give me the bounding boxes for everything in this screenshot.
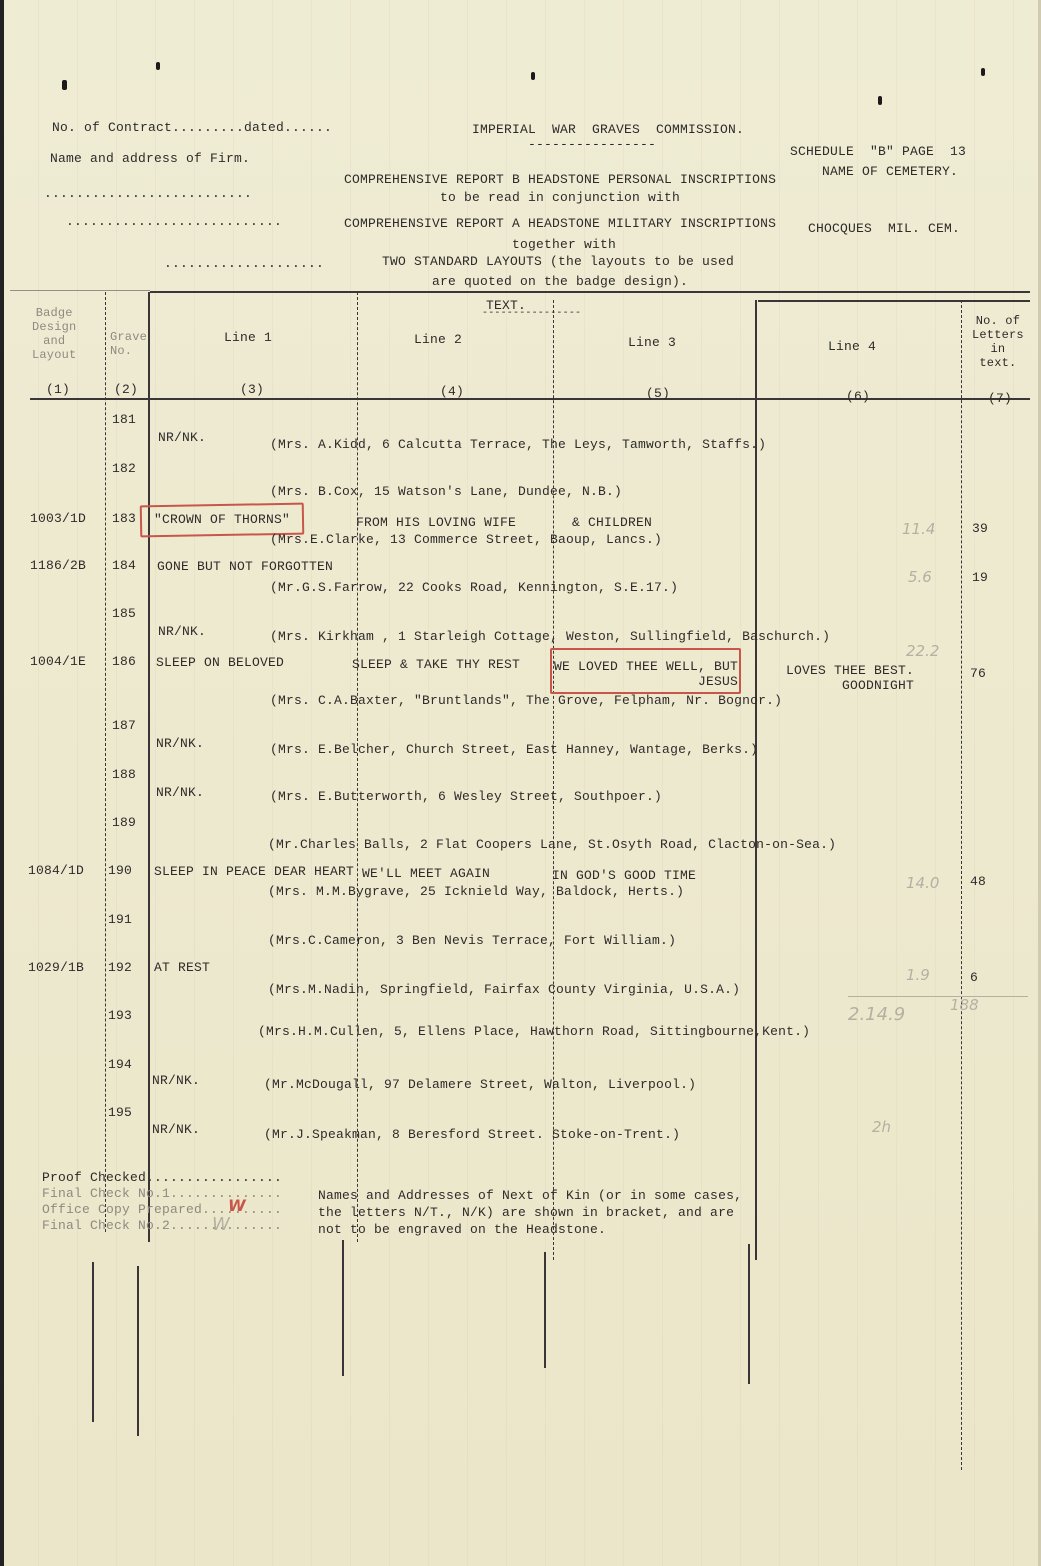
inscription-line1: SLEEP ON BELOVED [156, 655, 284, 670]
grave-number: 183 [112, 511, 136, 526]
punch-hole-mark [156, 62, 160, 70]
badge-design: 1029/1B [28, 960, 84, 975]
letter-count: 48 [970, 874, 986, 889]
pencil-total: 2.14.9 [848, 1004, 905, 1025]
letter-count: 6 [970, 970, 978, 985]
col-header-badge: Badge Design and Layout [32, 306, 76, 362]
inscription-line1: GONE BUT NOT FORGOTTEN [157, 559, 333, 574]
inscription-line1: NR/NK. [152, 1073, 200, 1088]
grave-number: 189 [112, 815, 136, 830]
inscription-line3: & CHILDREN [572, 515, 652, 530]
badge-design: 1084/1D [28, 863, 84, 878]
col-header-line3: Line 3 [628, 335, 676, 350]
red-initials-mark: W [228, 1196, 246, 1215]
grave-number: 192 [108, 960, 132, 975]
col-num-7: (7) [988, 391, 1012, 406]
inscription-line1: NR/NK. [152, 1122, 200, 1137]
pencil-note: 1.9 [906, 966, 930, 984]
punch-hole-mark [878, 96, 882, 105]
footnote-line-1: Names and Addresses of Next of Kin (or i… [318, 1188, 742, 1203]
firm-dots-2: ........................... [66, 214, 282, 229]
next-of-kin: (Mrs.C.Cameron, 3 Ben Nevis Terrace, For… [268, 933, 676, 948]
next-of-kin: (Mr.G.S.Farrow, 22 Cooks Road, Kenningto… [270, 580, 678, 595]
col-num-3: (3) [240, 382, 264, 397]
col-num-1: (1) [46, 382, 70, 397]
footnote-line-2: the letters N/T., N/K) are shown in brac… [318, 1205, 734, 1220]
col-num-5: (5) [646, 386, 670, 401]
org-title-underline: ---------------- [528, 137, 656, 152]
col-divider-3 [357, 292, 359, 1242]
col-num-2: (2) [114, 382, 138, 397]
header-bottom-rule [30, 398, 1030, 400]
grave-number: 193 [108, 1008, 132, 1023]
next-of-kin: (Mrs. C.A.Baxter, "Bruntlands", The Grov… [270, 693, 782, 708]
cemetery-name: CHOCQUES MIL. CEM. [808, 221, 960, 236]
inscription-line1: NR/NK. [156, 736, 204, 751]
contract-number-field: No. of Contract.........dated...... [52, 120, 332, 135]
col-header-letters: No. of Letters in text. [972, 314, 1024, 370]
layouts-text-2: are quoted on the badge design). [432, 274, 688, 289]
inscription-line3: IN GOD'S GOOD TIME [552, 868, 696, 883]
letter-count: 19 [972, 570, 988, 585]
next-of-kin: (Mr.Charles Balls, 2 Flat Coopers Lane, … [268, 837, 836, 852]
office-copy-field: Office Copy Prepared.......... [42, 1202, 282, 1217]
report-b-title: COMPREHENSIVE REPORT B HEADSTONE PERSONA… [344, 172, 776, 187]
inscription-line2: FROM HIS LOVING WIFE [356, 515, 516, 530]
continuation-line [137, 1266, 139, 1436]
layouts-text-1: TWO STANDARD LAYOUTS (the layouts to be … [382, 254, 734, 269]
grave-number: 187 [112, 718, 136, 733]
document-page: No. of Contract.........dated...... Name… [0, 0, 1041, 1566]
conjunction-text: to be read in conjunction with [440, 190, 680, 205]
col-header-line1: Line 1 [224, 330, 272, 345]
grave-number: 191 [108, 912, 132, 927]
grave-number: 188 [112, 767, 136, 782]
continuation-line [748, 1244, 750, 1384]
col-header-line4: Line 4 [828, 339, 876, 354]
grave-number: 186 [112, 654, 136, 669]
col-header-grave: Grave No. [110, 330, 147, 358]
pencil-note: 5.6 [908, 568, 932, 586]
col-header-line2: Line 2 [414, 332, 462, 347]
pencil-note: 14.0 [906, 874, 939, 892]
next-of-kin: (Mrs. A.Kidd, 6 Calcutta Terrace, The Le… [270, 437, 766, 452]
grave-number: 195 [108, 1105, 132, 1120]
cemetery-label: NAME OF CEMETERY. [822, 164, 958, 179]
firm-dots-3: .................... [164, 256, 324, 271]
continuation-line [544, 1252, 546, 1368]
letter-count: 76 [970, 666, 986, 681]
col-divider-2 [148, 292, 150, 1242]
pencil-hours-note: 2h [872, 1118, 891, 1136]
col-num-4: (4) [440, 384, 464, 399]
next-of-kin: (Mrs.E.Clarke, 13 Commerce Street, Baoup… [270, 532, 662, 547]
inscription-line2: WE'LL MEET AGAIN [362, 866, 490, 881]
final-check-1-field: Final Check No.1.............. [42, 1186, 282, 1201]
pencil-letter-total: 188 [950, 996, 979, 1014]
grave-number: 194 [108, 1057, 132, 1072]
firm-label: Name and address of Firm. [50, 151, 250, 166]
grave-number: 184 [112, 558, 136, 573]
punch-hole-mark [531, 72, 535, 80]
next-of-kin: (Mr.McDougall, 97 Delamere Street, Walto… [264, 1077, 696, 1092]
pencil-total-rule [848, 996, 1028, 997]
next-of-kin: (Mrs.H.M.Cullen, 5, Ellens Place, Hawtho… [258, 1024, 810, 1039]
next-of-kin: (Mrs. E.Butterworth, 6 Wesley Street, So… [270, 789, 662, 804]
pencil-note: 11.4 [902, 520, 935, 538]
org-title: IMPERIAL WAR GRAVES COMMISSION. [472, 122, 744, 137]
badge-design: 1003/1D [30, 511, 86, 526]
inscription-line4: LOVES THEE BEST. GOODNIGHT [786, 663, 914, 693]
final-check-2-field: Final Check No.2.............. [42, 1218, 282, 1233]
continuation-line [342, 1240, 344, 1376]
inscription-line1: NR/NK. [156, 785, 204, 800]
inscription-line1: NR/NK. [158, 430, 206, 445]
together-text: together with [512, 237, 616, 252]
table-top-rule [150, 291, 1030, 293]
punch-hole-mark [62, 80, 67, 90]
punch-hole-mark [981, 68, 985, 76]
grave-number: 185 [112, 606, 136, 621]
inscription-line2: SLEEP & TAKE THY REST [352, 657, 520, 672]
next-of-kin: (Mrs. M.M.Bygrave, 25 Icknield Way, Bald… [268, 884, 684, 899]
continuation-line [92, 1262, 94, 1422]
next-of-kin: (Mr.J.Speakman, 8 Beresford Street. Stok… [264, 1127, 680, 1142]
col-num-6: (6) [846, 389, 870, 404]
grave-number: 181 [112, 412, 136, 427]
red-pencil-box [550, 648, 741, 694]
letter-count: 39 [972, 521, 988, 536]
scan-edge-left [0, 0, 4, 1566]
grave-number: 182 [112, 461, 136, 476]
pencil-initials-mark: W [212, 1214, 230, 1235]
next-of-kin: (Mrs.M.Nadin, Springfield, Fairfax Count… [268, 982, 740, 997]
grave-number: 190 [108, 863, 132, 878]
inscription-line1: AT REST [154, 960, 210, 975]
next-of-kin: (Mrs. Kirkham , 1 Starleigh Cottage, Wes… [270, 629, 830, 644]
col-divider-6 [961, 300, 963, 1470]
badge-design: 1004/1E [30, 654, 86, 669]
text-header-underline: ---------------- [482, 306, 581, 321]
next-of-kin: (Mrs. E.Belcher, Church Street, East Han… [270, 742, 758, 757]
line4-top-rule [758, 300, 1030, 302]
table-top-rule-faint [10, 290, 150, 291]
firm-dots-1: .......................... [44, 186, 252, 201]
report-a-title: COMPREHENSIVE REPORT A HEADSTONE MILITAR… [344, 216, 776, 231]
schedule-page: SCHEDULE "B" PAGE 13 [790, 144, 966, 159]
inscription-line1: NR/NK. [158, 624, 206, 639]
footnote-line-3: not to be engraved on the Headstone. [318, 1222, 606, 1237]
proof-checked-field: Proof Checked................. [42, 1170, 282, 1185]
next-of-kin: (Mrs. B.Cox, 15 Watson's Lane, Dundee, N… [270, 484, 622, 499]
badge-design: 1186/2B [30, 558, 86, 573]
inscription-line1: SLEEP IN PEACE DEAR HEART [154, 864, 354, 879]
pencil-note: 22.2 [906, 642, 939, 660]
col-divider-1 [105, 292, 107, 1232]
